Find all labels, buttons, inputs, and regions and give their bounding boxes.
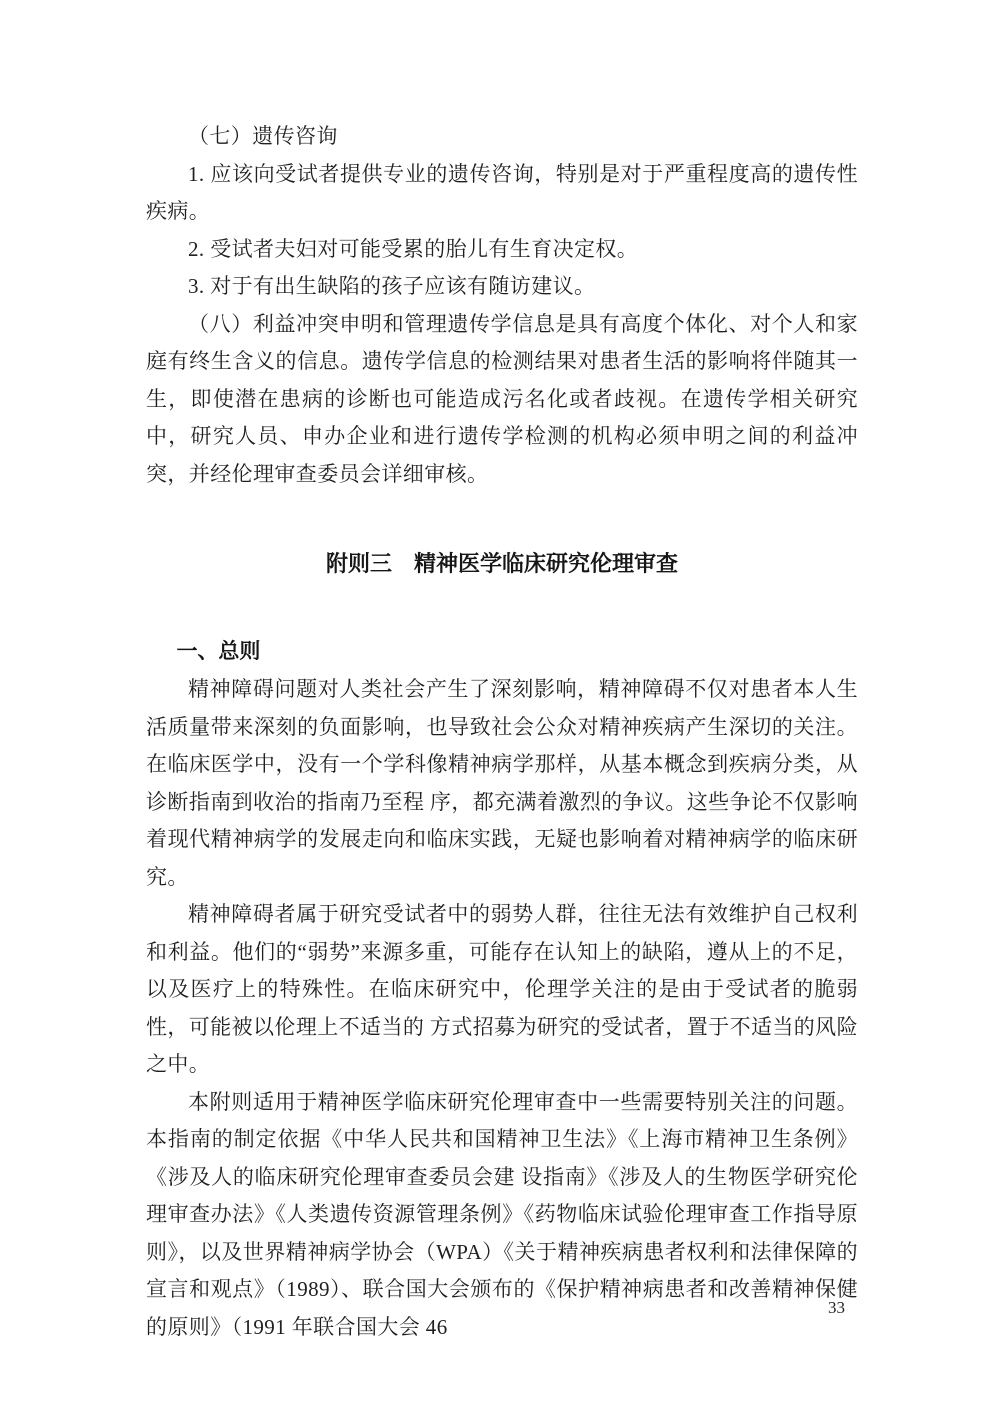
para-section-7-item-2: 2. 受试者夫妇对可能受累的胎儿有生育决定权。 — [146, 231, 858, 269]
para-section-7-item-1: 1. 应该向受试者提供专业的遗传咨询，特别是对于严重程度高的遗传性疾病。 — [146, 156, 858, 231]
document-page: （七）遗传咨询 1. 应该向受试者提供专业的遗传咨询，特别是对于严重程度高的遗传… — [0, 0, 1000, 1413]
para-section-8-conflict-of-interest: （八）利益冲突申明和管理遗传学信息是具有高度个体化、对个人和家庭有终生含义的信息… — [146, 306, 858, 494]
page-footer: 33 — [0, 1296, 1000, 1326]
appendix-3-heading: 附则三 精神医学临床研究伦理审查 — [146, 545, 858, 583]
general-principles-heading: 一、总则 — [146, 633, 858, 671]
page-number: 33 — [828, 1296, 845, 1320]
para-general-1: 精神障碍问题对人类社会产生了深刻影响，精神障碍不仅对患者本人生活质量带来深刻的负… — [146, 671, 858, 896]
para-section-7-title: （七）遗传咨询 — [146, 118, 858, 156]
para-section-7-item-3: 3. 对于有出生缺陷的孩子应该有随访建议。 — [146, 268, 858, 306]
para-general-2: 精神障碍者属于研究受试者中的弱势人群，往往无法有效维护自己权利和利益。他们的“弱… — [146, 896, 858, 1084]
document-body: （七）遗传咨询 1. 应该向受试者提供专业的遗传咨询，特别是对于严重程度高的遗传… — [146, 118, 858, 1346]
